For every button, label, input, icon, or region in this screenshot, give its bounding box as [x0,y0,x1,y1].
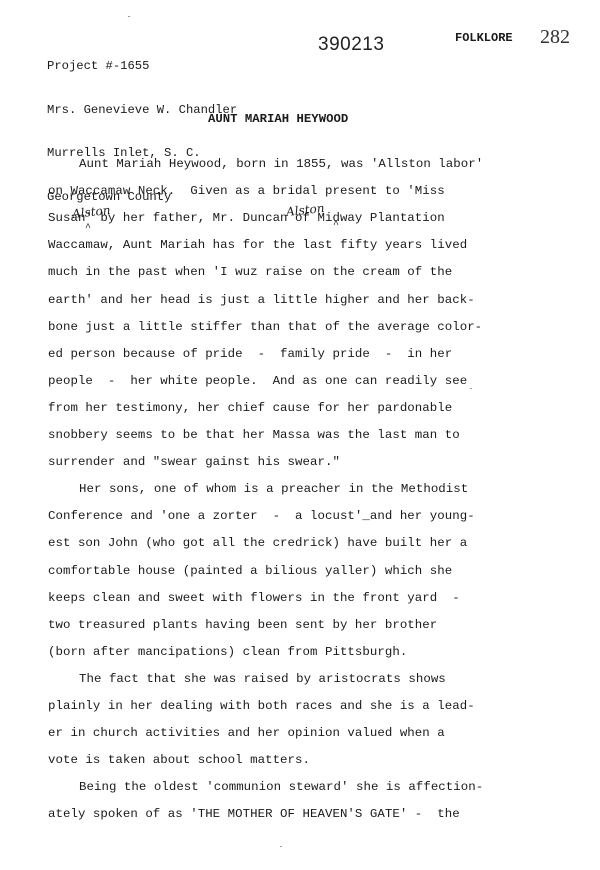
text-line: from her testimony, her chief cause for … [48,401,452,415]
project-number: Project #-1655 [47,59,237,74]
text-line: The fact that she was raised by aristocr… [79,672,446,686]
text-line: ately spoken of as 'THE MOTHER OF HEAVEN… [48,807,460,821]
scan-speck [470,388,472,389]
insertion-caret-icon: ^ [333,220,339,231]
text-line: Her sons, one of whom is a preacher in t… [79,482,468,496]
document-title: AUNT MARIAH HEYWOOD [0,112,600,126]
text-line: bone just a little stiffer than that of … [48,320,482,334]
text-line: ed person because of pride - family prid… [48,347,452,361]
text-line: two treasured plants having been sent by… [48,618,437,632]
text-line: earth' and her head is just a little hig… [48,293,475,307]
text-line: snobbery seems to be that her Massa was … [48,428,460,442]
page-number: 282 [540,26,570,49]
text-line: er in church activities and her opinion … [48,726,445,740]
text-line: est son John (who got all the credrick) … [48,536,467,550]
text-line: Aunt Mariah Heywood, born in 1855, was '… [79,157,483,171]
text-line: plainly in her dealing with both races a… [48,699,475,713]
text-line: comfortable house (painted a bilious yal… [48,564,452,578]
stamp-number: 390213 [318,34,384,56]
insertion-caret-icon: ^ [85,223,91,234]
text-line: much in the past when 'I wuz raise on th… [48,265,452,279]
header-info: Project #-1655 Mrs. Genevieve W. Chandle… [47,30,237,233]
text-line: Being the oldest 'communion steward' she… [79,780,483,794]
document-page: Project #-1655 Mrs. Genevieve W. Chandle… [0,0,600,870]
text-line: people - her white people. And as one ca… [48,374,467,388]
text-line: Waccamaw, Aunt Mariah has for the last f… [48,238,467,252]
text-line: Conference and 'one a zorter - a locust'… [48,509,475,523]
scan-speck [128,16,130,17]
text-line: surrender and "swear gainst his swear." [48,455,340,469]
text-line: vote is taken about school matters. [48,753,310,767]
scan-speck [280,846,282,847]
category-label: FOLKLORE [455,31,513,45]
text-line: on Waccamaw Neck. Given as a bridal pres… [48,184,445,198]
text-line: keeps clean and sweet with flowers in th… [48,591,460,605]
text-line: (born after mancipations) clean from Pit… [48,645,407,659]
